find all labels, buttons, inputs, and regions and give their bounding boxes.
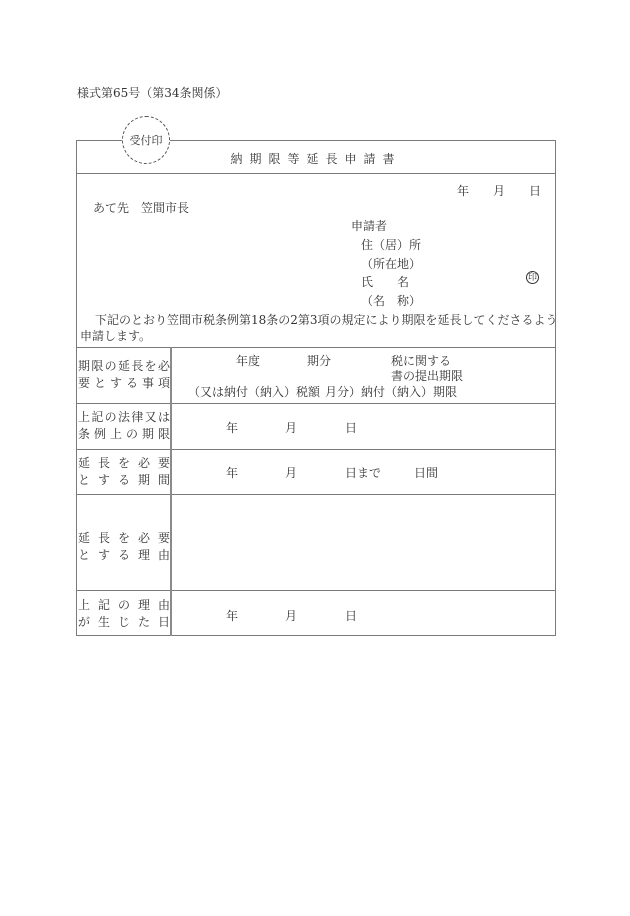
name-label: 氏 名: [361, 273, 409, 290]
reason-date-input[interactable]: [172, 592, 554, 635]
seal-mark: 印: [526, 271, 539, 284]
form-number: 様式第65号（第34条関係）: [77, 84, 228, 101]
form-title: 納期限等延長申請書: [76, 150, 556, 167]
addressee: あて先 笠間市長: [93, 199, 189, 216]
date-month-label: 月: [493, 182, 505, 199]
row-label-extension-period: 延長を必要 とする期間: [78, 455, 170, 489]
row-label-matters: 期限の延長を必 要とする事項: [78, 358, 170, 392]
extension-reason-input[interactable]: [172, 496, 554, 589]
row-label-statutory-deadline: 上記の法律又は 条例上の期限: [78, 409, 170, 443]
matters-input-area[interactable]: [172, 349, 554, 402]
corporate-name-label: （名 称）: [361, 292, 421, 309]
address-label: 住（居）所: [361, 236, 421, 253]
row-divider-2: [76, 449, 556, 450]
row-label-extension-reason: 延長を必要 とする理由: [78, 530, 170, 564]
receipt-stamp-label: 受付印: [130, 132, 163, 148]
request-text-line1: 下記のとおり笠間市税条例第18条の2第3項の規定により期限を延長してくださるよう: [95, 311, 558, 328]
request-text-line2: 申請します。: [80, 327, 151, 344]
row-divider-3: [76, 494, 556, 495]
statutory-deadline-input[interactable]: [172, 405, 554, 448]
title-divider: [76, 173, 556, 174]
row-divider-1: [76, 403, 556, 404]
row-divider-4: [76, 590, 556, 591]
date-day-label: 日: [529, 182, 541, 199]
row-label-reason-date: 上記の理由 が生じた日: [78, 597, 170, 631]
header-divider: [76, 347, 556, 348]
location-label: （所在地）: [361, 255, 421, 272]
applicant-heading: 申請者: [351, 217, 387, 234]
extension-period-input[interactable]: [172, 451, 554, 493]
date-year-label: 年: [457, 182, 469, 199]
